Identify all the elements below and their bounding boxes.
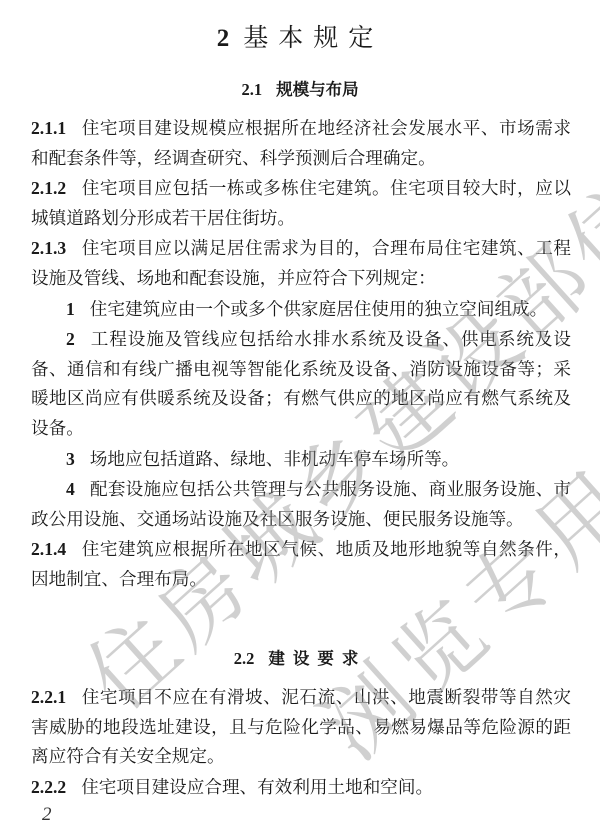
section-title-2-1: 2.1规模与布局 [0,76,600,100]
clause-number: 2.1.3 [31,238,66,258]
clause-number: 2.1.4 [31,539,66,559]
clause-2-1-3-item-4: 4配套设施应包括公共管理与公共服务设施、商业服务设施、市政公用设施、交通场站设施… [31,475,571,535]
item-number: 2 [66,329,75,349]
clause-text: 住宅建筑应根据所在地区气候、地质及地形地貌等自然条件，因地制宜、合理布局。 [31,540,571,590]
clause-2-1-1: 2.1.1住宅项目建设规模应根据所在地经济社会发展水平、市场需求和配套条件等，经… [31,114,571,174]
clause-text: 住宅项目应以满足居住需求为目的，合理布局住宅建筑、工程设施及管线、场地和配套设施… [31,239,571,289]
item-number: 1 [66,299,75,319]
document-page: 2基本规定 2.1规模与布局 2.1.1住宅项目建设规模应根据所在地经济社会发展… [0,0,600,835]
clause-2-2-2: 2.2.2住宅项目建设应合理、有效利用土地和空间。 [31,773,571,804]
item-text: 场地应包括道路、绿地、非机动车停车场所等。 [90,450,459,470]
item-text: 住宅建筑应由一个或多个供家庭居住使用的独立空间组成。 [90,300,547,320]
chapter-title: 2基本规定 [0,18,600,54]
clause-2-1-2: 2.1.2住宅项目应包括一栋或多栋住宅建筑。住宅项目较大时，应以城镇道路划分形成… [31,174,571,234]
section-title-text: 规模与布局 [276,80,359,99]
page-number: 2 [42,804,52,826]
clause-2-1-3: 2.1.3住宅项目应以满足居住需求为目的，合理布局住宅建筑、工程设施及管线、场地… [31,234,571,294]
clause-text: 住宅项目建设规模应根据所在地经济社会发展水平、市场需求和配套条件等，经调查研究、… [31,119,571,169]
item-text: 工程设施及管线应包括给水排水系统及设备、供电系统及设备、通信和有线广播电视等智能… [31,330,571,439]
clause-2-1-3-item-1: 1住宅建筑应由一个或多个供家庭居住使用的独立空间组成。 [31,295,571,326]
clause-number: 2.1.1 [31,118,66,138]
item-text: 配套设施应包括公共管理与公共服务设施、商业服务设施、市政公用设施、交通场站设施及… [31,480,571,530]
section-number: 2.2 [234,649,255,668]
clause-text: 住宅项目应包括一栋或多栋住宅建筑。住宅项目较大时，应以城镇道路划分形成若干居住街… [31,179,571,229]
section-2-2-body: 2.2.1住宅项目不应在有滑坡、泥石流、山洪、地震断裂带等自然灾害威胁的地段选址… [31,683,571,803]
section-title-text: 建设要求 [268,649,366,668]
clause-number: 2.2.2 [31,777,66,797]
item-number: 3 [66,449,75,469]
clause-2-1-3-item-3: 3场地应包括道路、绿地、非机动车停车场所等。 [31,445,571,476]
clause-2-1-3-item-2: 2工程设施及管线应包括给水排水系统及设备、供电系统及设备、通信和有线广播电视等智… [31,325,571,444]
clause-number: 2.2.1 [31,687,66,707]
clause-number: 2.1.2 [31,178,66,198]
item-number: 4 [66,479,75,499]
section-number: 2.1 [241,80,262,99]
clause-2-2-1: 2.2.1住宅项目不应在有滑坡、泥石流、山洪、地震断裂带等自然灾害威胁的地段选址… [31,683,571,773]
section-2-1-body: 2.1.1住宅项目建设规模应根据所在地经济社会发展水平、市场需求和配套条件等，经… [31,114,571,596]
chapter-title-text: 基本规定 [243,23,383,52]
clause-text: 住宅项目不应在有滑坡、泥石流、山洪、地震断裂带等自然灾害威胁的地段选址建设，且与… [31,688,571,767]
clause-2-1-4: 2.1.4住宅建筑应根据所在地区气候、地质及地形地貌等自然条件，因地制宜、合理布… [31,535,571,595]
section-title-2-2: 2.2建设要求 [0,645,600,669]
clause-text: 住宅项目建设应合理、有效利用土地和空间。 [81,778,433,798]
chapter-number: 2 [217,25,230,52]
